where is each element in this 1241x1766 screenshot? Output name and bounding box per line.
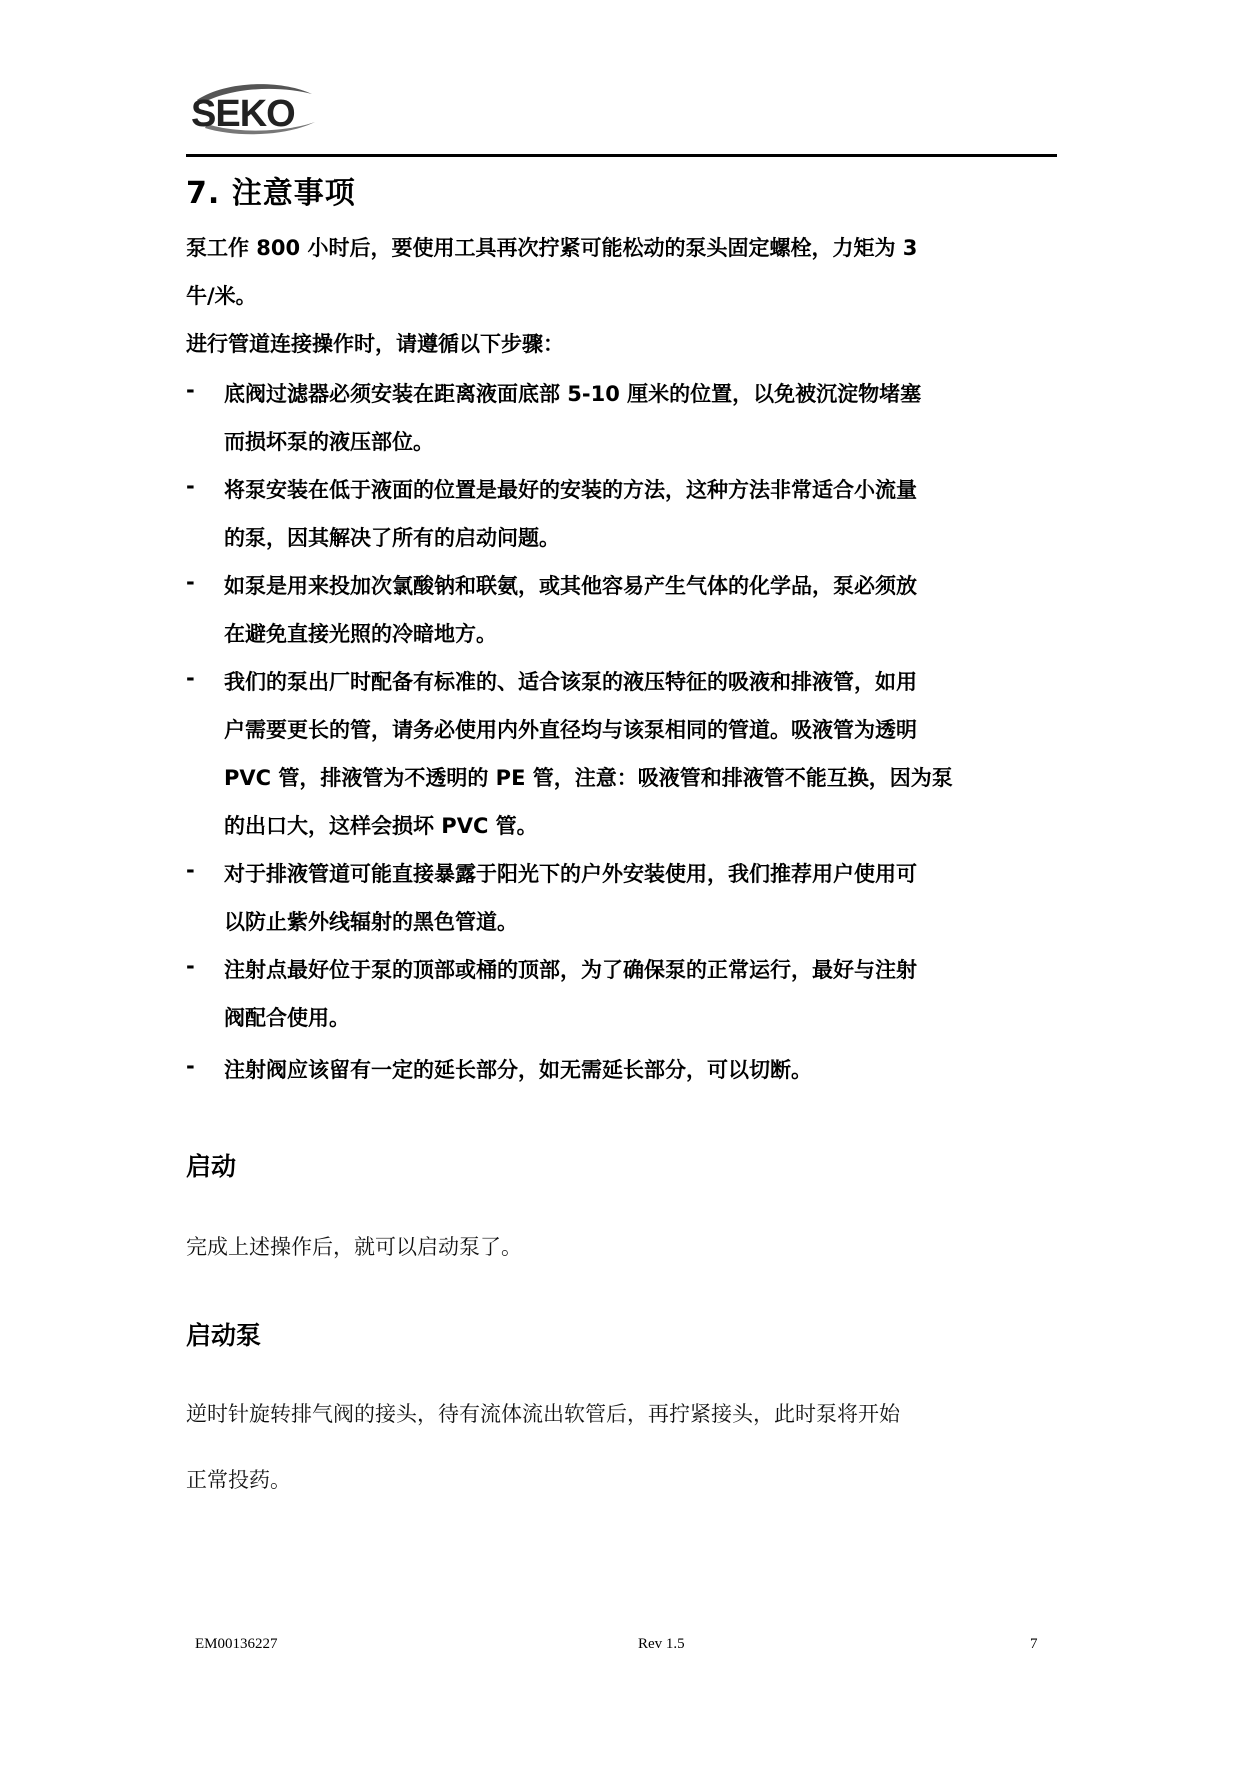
list-item-line: 底阀过滤器必须安装在距离液面底部 5-10 厘米的位置，以免被沉淀物堵塞 [224,378,921,408]
list-item-line: 注射阀应该留有一定的延长部分，如无需延长部分，可以切断。 [224,1054,812,1084]
startup-heading: 启动 [186,1147,236,1183]
list-item-line: 对于排液管道可能直接暴露于阳光下的户外安装使用，我们推荐用户使用可 [224,858,917,888]
intro-line-1: 泵工作 800 小时后，要使用工具再次拧紧可能松动的泵头固定螺栓，力矩为 3 [186,232,917,262]
steps-intro: 进行管道连接操作时，请遵循以下步骤： [186,328,564,358]
bullet-marker: - [186,570,195,594]
list-item-line: 的泵，因其解决了所有的启动问题。 [224,522,560,552]
list-item-line: 户需要更长的管，请务必使用内外直径均与该泵相同的管道。吸液管为透明 [224,714,917,744]
list-item-line: 如泵是用来投加次氯酸钠和联氨，或其他容易产生气体的化学品，泵必须放 [224,570,917,600]
start-pump-line-2: 正常投药。 [186,1464,291,1494]
footer-revision: Rev 1.5 [638,1636,685,1653]
list-item-line: 我们的泵出厂时配备有标准的、适合该泵的液压特征的吸液和排液管，如用 [224,666,917,696]
bullet-marker: - [186,1054,195,1078]
bullet-marker: - [186,954,195,978]
header-rule [186,154,1057,157]
seko-logo: SEKO [187,78,322,136]
start-pump-heading: 启动泵 [186,1316,261,1352]
footer-doc-code: EM00136227 [195,1636,278,1653]
intro-line-2: 牛/米。 [186,280,257,310]
list-item-line: 以防止紫外线辐射的黑色管道。 [224,906,518,936]
list-item-line: 在避免直接光照的冷暗地方。 [224,618,497,648]
list-item-line: 将泵安装在低于液面的位置是最好的安装的方法，这种方法非常适合小流量 [224,474,917,504]
section-title: 7. 注意事项 [186,168,356,212]
list-item-line: 阀配合使用。 [224,1002,350,1032]
bullet-marker: - [186,858,195,882]
list-item-line: 而损坏泵的液压部位。 [224,426,434,456]
footer-page-number: 7 [1030,1636,1038,1653]
start-pump-line-1: 逆时针旋转排气阀的接头，待有流体流出软管后，再拧紧接头，此时泵将开始 [186,1398,900,1428]
list-item-line: 的出口大，这样会损坏 PVC 管。 [224,810,538,840]
bullet-marker: - [186,378,195,402]
bullet-marker: - [186,474,195,498]
bullet-marker: - [186,666,195,690]
svg-text:SEKO: SEKO [191,93,295,135]
list-item-line: PVC 管，排液管为不透明的 PE 管，注意：吸液管和排液管不能互换，因为泵 [224,762,953,792]
startup-text: 完成上述操作后，就可以启动泵了。 [186,1231,522,1261]
list-item-line: 注射点最好位于泵的顶部或桶的顶部，为了确保泵的正常运行，最好与注射 [224,954,917,984]
